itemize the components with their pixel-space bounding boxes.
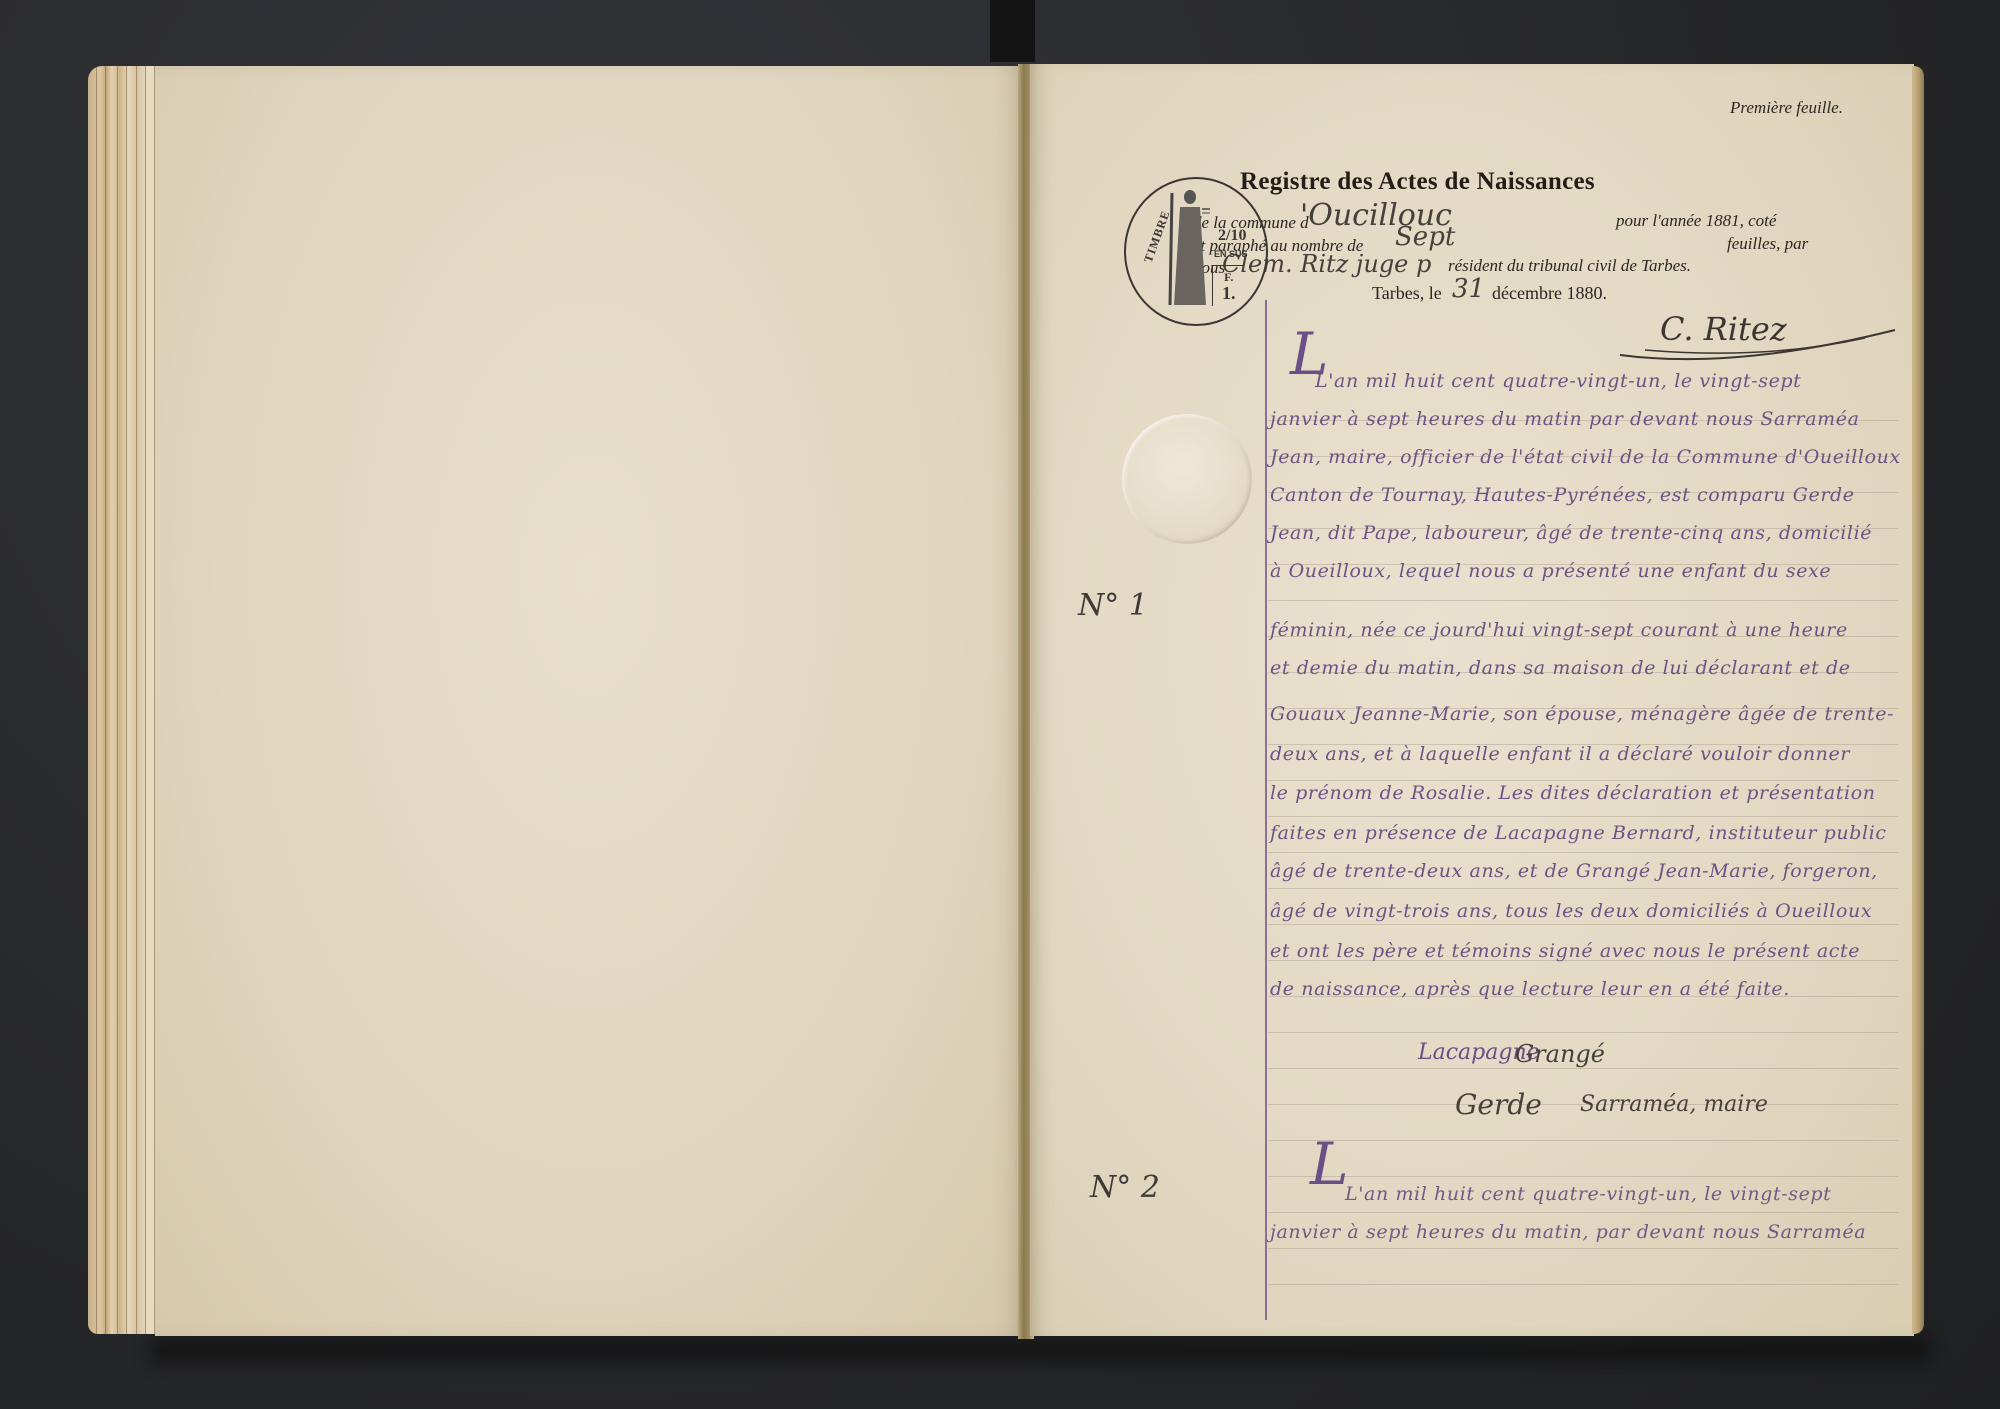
- signature-gerde: Gerde: [1455, 1088, 1542, 1121]
- act1-line-16: de naissance, après que lecture leur en …: [1270, 978, 1790, 1000]
- timbre-stamp: TIMBRE 2/10 EN SUS F. 1.: [1124, 177, 1268, 326]
- form-line1-suffix: pour l'année 1881, coté: [1616, 211, 1776, 231]
- act1-line-3: Jean, maire, officier de l'état civil de…: [1270, 446, 1901, 468]
- signature-flourish-icon: [1615, 320, 1905, 370]
- act1-line-14: âgé de vingt-trois ans, tous les deux do…: [1270, 900, 1872, 922]
- act1-line-8: et demie du matin, dans sa maison de lui…: [1270, 657, 1851, 679]
- justice-figure-icon: [1166, 187, 1210, 313]
- act1-line-4: Canton de Tournay, Hautes-Pyrénées, est …: [1270, 484, 1855, 506]
- margin-line: [1265, 300, 1267, 1320]
- left-page-stack-edges: [88, 66, 158, 1334]
- act1-line-7: féminin, née ce jourd'hui vingt-sept cou…: [1270, 619, 1848, 641]
- place-date-prefix: Tarbes, le: [1372, 283, 1442, 304]
- form-line3-suffix: résident du tribunal civil de Tarbes.: [1448, 256, 1691, 276]
- act1-line-11: le prénom de Rosalie. Les dites déclarat…: [1270, 782, 1876, 804]
- act1-line-13: âgé de trente-deux ans, et de Grangé Jea…: [1270, 860, 1878, 882]
- sheet-label: Première feuille.: [1730, 98, 1843, 118]
- place-date-suffix: décembre 1880.: [1492, 283, 1607, 304]
- signature-grange: Grangé: [1515, 1040, 1605, 1068]
- act1-line-12: faites en présence de Lacapagne Bernard,…: [1270, 822, 1887, 844]
- act1-line-9: Gouaux Jeanne-Marie, son épouse, ménagèr…: [1270, 703, 1894, 725]
- left-page-blank: [155, 66, 1025, 1336]
- act2-line-1: L'an mil huit cent quatre-vingt-un, le v…: [1345, 1183, 1831, 1205]
- form-line2-suffix: feuilles, par: [1727, 234, 1808, 254]
- act2-initial-letter: L: [1310, 1130, 1349, 1198]
- open-register-book: Première feuille. Registre des Actes de …: [0, 0, 2000, 1409]
- book-shadow: [150, 1335, 1930, 1365]
- register-title: Registre des Actes de Naissances: [1240, 168, 1595, 196]
- act1-line-10: deux ans, et à laquelle enfant il a décl…: [1270, 743, 1850, 765]
- act-number-1: N° 1: [1078, 588, 1148, 623]
- act1-line-15: et ont les père et témoins signé avec no…: [1270, 940, 1860, 962]
- embossed-seal: [1122, 414, 1252, 544]
- act1-line-2: janvier à sept heures du matin par devan…: [1270, 408, 1860, 430]
- date-day-handwritten: 31: [1452, 274, 1485, 304]
- right-page-stack-edges: [1912, 66, 1924, 1334]
- act-number-2: N° 2: [1090, 1170, 1160, 1205]
- stamp-price: 2/10: [1218, 229, 1246, 243]
- act2-line-2: janvier à sept heures du matin, par deva…: [1270, 1221, 1866, 1243]
- spine-top: [990, 0, 1035, 62]
- stamp-en-sus: EN SUS: [1214, 249, 1248, 259]
- act1-line-6: à Oueilloux, lequel nous a présenté une …: [1270, 560, 1831, 582]
- act1-line-1: L'an mil huit cent quatre-vingt-un, le v…: [1315, 370, 1801, 392]
- act1-line-5: Jean, dit Pape, laboureur, âgé de trente…: [1270, 522, 1872, 544]
- count-handwritten: Sept: [1395, 222, 1455, 252]
- stamp-value: F. 1.: [1222, 269, 1236, 303]
- signature-sarramea-maire: Sarraméa, maire: [1580, 1092, 1768, 1117]
